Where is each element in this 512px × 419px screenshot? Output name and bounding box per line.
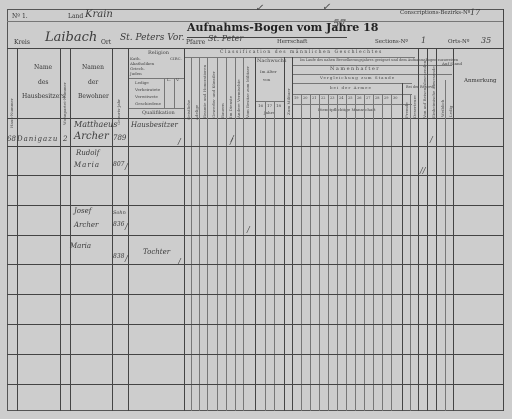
row-rule bbox=[7, 384, 504, 385]
orts-label: Orts-Nº bbox=[448, 40, 469, 46]
col-rule bbox=[265, 101, 266, 411]
qualifikation-cell: Hausbesitzer bbox=[131, 122, 178, 129]
qualifikation-cell: Tochter bbox=[143, 249, 170, 256]
class-col-8: Vom Besitze zum Militaer bbox=[246, 68, 250, 118]
col-rule bbox=[503, 9, 504, 411]
col-rule bbox=[274, 101, 275, 411]
col-rule bbox=[445, 80, 446, 411]
vergleichung-label: Vergleichung zum Stande bbox=[320, 76, 395, 80]
bewohner-first-name: Matthaeus bbox=[74, 121, 117, 129]
col-rule bbox=[355, 94, 356, 411]
col-rule bbox=[382, 94, 383, 411]
geburtsjahr-cell: 836 bbox=[113, 222, 124, 228]
col-rule bbox=[284, 57, 285, 411]
col-rule bbox=[226, 57, 227, 411]
armee-col-20: 20 bbox=[303, 97, 307, 101]
age-col-16: 16 bbox=[258, 104, 263, 108]
row-rule bbox=[7, 146, 504, 147]
col-rule bbox=[191, 57, 192, 411]
ort-label: Ort bbox=[101, 40, 111, 46]
conscription-label: Conscriptions-Bezirks-Nº bbox=[400, 11, 470, 17]
wohnpartei-cell: 2 bbox=[63, 136, 67, 143]
table-top-rule bbox=[7, 48, 504, 49]
col-rule bbox=[128, 48, 129, 411]
census-form-page: Nº 1. Land Krain Conscriptions-Bezirks-N… bbox=[0, 0, 512, 419]
land-label: Land bbox=[68, 14, 83, 20]
mark: / bbox=[247, 226, 250, 234]
col-qualifikation: Qualifikation bbox=[142, 111, 175, 116]
bewohner-last-name: Archer bbox=[74, 222, 98, 229]
sections-label: Sections-Nº bbox=[375, 40, 408, 46]
religion-circ: CIRC. bbox=[170, 57, 182, 61]
stand-row-2: Verheiratete bbox=[135, 88, 160, 92]
col-name-line3: Hausbesitzers bbox=[22, 94, 65, 100]
col-rule bbox=[235, 57, 236, 411]
hausbesitzer-cell: Danigazu bbox=[17, 136, 58, 143]
col-rule bbox=[112, 48, 113, 411]
col-rule bbox=[199, 57, 200, 411]
geburtsjahr-cell: 789 bbox=[113, 135, 126, 142]
col-rule bbox=[346, 94, 347, 411]
col-rule bbox=[453, 48, 454, 411]
class-col-4: Gewerbs- und Künstler bbox=[212, 62, 216, 118]
col-rule bbox=[337, 94, 338, 411]
sections-value: 1 bbox=[421, 37, 426, 45]
geburtsjahr-cell: 838 bbox=[113, 254, 124, 260]
col-rule bbox=[184, 48, 185, 411]
stand-block-bottom bbox=[129, 108, 184, 109]
age-rule bbox=[255, 101, 285, 102]
bewohner-first-name: Josef bbox=[74, 208, 91, 215]
ort-value: St. Peters Vor. bbox=[120, 34, 184, 43]
pfarre-value: St. Peter bbox=[208, 35, 243, 43]
col-rule bbox=[402, 83, 403, 411]
row-rule bbox=[7, 235, 504, 236]
col-rule bbox=[436, 48, 437, 411]
row-rule bbox=[7, 354, 504, 355]
bewohner-last-name: Archer bbox=[74, 132, 109, 142]
col-hausnummer: Haus-Nummer bbox=[10, 88, 14, 128]
geburtsjahr-cell: 807 bbox=[113, 162, 124, 168]
bewohner-first-name: Rudolf bbox=[76, 150, 99, 157]
row-rule bbox=[7, 175, 504, 176]
classification-title: Classification des männlichen Geschlecht… bbox=[220, 51, 383, 56]
namenhafter-label: Namenhafter bbox=[330, 67, 380, 72]
header-separator bbox=[7, 21, 504, 22]
col-rule bbox=[319, 94, 320, 411]
col-rule bbox=[217, 57, 218, 411]
bei-der-armee: bei der Armee bbox=[330, 86, 372, 90]
bewohner-last-name: Maria bbox=[74, 162, 100, 169]
armee-col-30: 30 bbox=[393, 97, 397, 101]
mark: / bbox=[125, 223, 128, 231]
col-rule bbox=[364, 94, 365, 411]
row-rule bbox=[7, 205, 504, 206]
armee-col-19: 19 bbox=[294, 97, 298, 101]
stand-divider-2 bbox=[174, 78, 175, 108]
kreis-value: Laibach bbox=[45, 31, 97, 44]
row-rule bbox=[7, 324, 504, 325]
mark: / bbox=[231, 135, 234, 143]
bewohner-first-name: Maria bbox=[70, 243, 91, 250]
hausnummer-cell: 68 bbox=[7, 136, 16, 143]
armee-rule bbox=[292, 83, 412, 84]
armee-col-29: 29 bbox=[384, 97, 388, 101]
col-rule bbox=[373, 94, 374, 411]
anmerkung-label: Anmerkung bbox=[464, 79, 497, 85]
mark: / bbox=[178, 258, 181, 266]
col-rule bbox=[391, 94, 392, 411]
stand-col-l: L. bbox=[167, 78, 171, 82]
stand-col-v: V. bbox=[176, 78, 179, 82]
mark: / bbox=[125, 255, 128, 263]
class-col-5: Bauern bbox=[221, 90, 225, 118]
form-number: Nº 1. bbox=[12, 14, 28, 20]
armee-col-22: 22 bbox=[321, 97, 325, 101]
col-rule bbox=[427, 48, 428, 411]
religion-row-4: Juden bbox=[130, 72, 142, 76]
class-col-7: Andere Vermischte bbox=[237, 70, 241, 118]
col-rule bbox=[60, 48, 61, 411]
mark: / bbox=[125, 163, 128, 171]
pfarre-label: Pfarre bbox=[186, 40, 205, 46]
armee-col-26: 26 bbox=[357, 97, 361, 101]
col-bewohner-line3: Bewohner bbox=[78, 94, 109, 100]
stand-row-4: Geschiedene bbox=[135, 102, 161, 106]
col-rule bbox=[310, 94, 311, 411]
herrschaft-label: Herrschaft bbox=[277, 40, 307, 46]
armee-col-25: 25 bbox=[348, 97, 352, 101]
title-check-mark: ✓ bbox=[255, 4, 263, 14]
col-rule bbox=[255, 57, 256, 411]
mark: // bbox=[420, 167, 425, 175]
title-check-mark: ✓ bbox=[322, 3, 330, 13]
col-rule bbox=[17, 48, 18, 411]
col-rule bbox=[292, 57, 293, 411]
mark: / bbox=[178, 138, 181, 146]
zum-militaer: Zum Militaer bbox=[287, 85, 291, 115]
class-col-6: Im Dienste bbox=[229, 78, 233, 118]
stand-row-3: Verwitwete bbox=[135, 95, 158, 99]
armee-col-24: 24 bbox=[339, 97, 343, 101]
geburtsjahr-note: Sohn bbox=[113, 211, 126, 216]
orts-value: 35 bbox=[481, 37, 491, 45]
age-col-18: 18 bbox=[276, 104, 281, 108]
col-bewohner-line2: der bbox=[88, 80, 98, 86]
conscription-value: 17 bbox=[470, 9, 480, 17]
armee-col-23: 23 bbox=[330, 97, 334, 101]
row-rule bbox=[7, 264, 504, 265]
age-col-17: 17 bbox=[267, 104, 272, 108]
col-rule bbox=[328, 94, 329, 411]
nachwuchs-sub: Im Alter bbox=[260, 70, 277, 74]
nachwuchs-sub2: von bbox=[263, 78, 270, 82]
armee-col-28: 28 bbox=[375, 97, 379, 101]
col-rule bbox=[207, 57, 208, 411]
form-title: Aufnahms-Bogen vom Jahre 18 bbox=[187, 22, 378, 33]
mark: / bbox=[430, 136, 433, 144]
col-rule bbox=[410, 94, 411, 411]
deserteure-label: Deserteure bbox=[413, 100, 417, 118]
armee-col-21: 21 bbox=[312, 97, 316, 101]
fremde-label: Fremde bbox=[405, 100, 409, 118]
stand-divider-1 bbox=[164, 78, 165, 108]
armee-col-27: 27 bbox=[366, 97, 370, 101]
col-rule bbox=[70, 48, 71, 411]
religion-title: Religion bbox=[148, 51, 169, 56]
col-rule bbox=[243, 57, 244, 411]
row-rule bbox=[7, 294, 504, 295]
col-rule bbox=[418, 48, 419, 411]
nachwuchs-label: Nachwuchs bbox=[257, 59, 286, 64]
kreis-label: Kreis bbox=[14, 40, 30, 46]
col-name-line2: des bbox=[38, 80, 48, 86]
col-name-line1: Name bbox=[34, 65, 52, 71]
col-geburtsjahr: Geburts-Jahr bbox=[117, 90, 121, 125]
land-value: Krain bbox=[85, 10, 113, 20]
col-rule bbox=[301, 94, 302, 411]
stand-row-1: Ledige bbox=[135, 81, 149, 85]
col-bewohner-line1: Namen bbox=[82, 65, 104, 71]
